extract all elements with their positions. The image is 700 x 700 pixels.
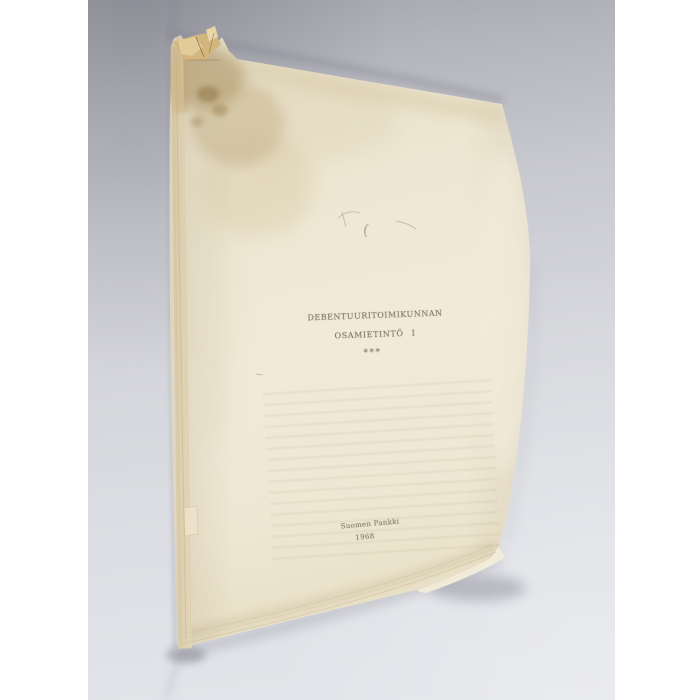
protruding-page-tab [184,506,198,536]
product-photo: DEBENTUURITOIMIKUNNAN OSAMIETINTÖ I *** … [0,0,700,700]
pencil-mark: ( [355,220,377,241]
